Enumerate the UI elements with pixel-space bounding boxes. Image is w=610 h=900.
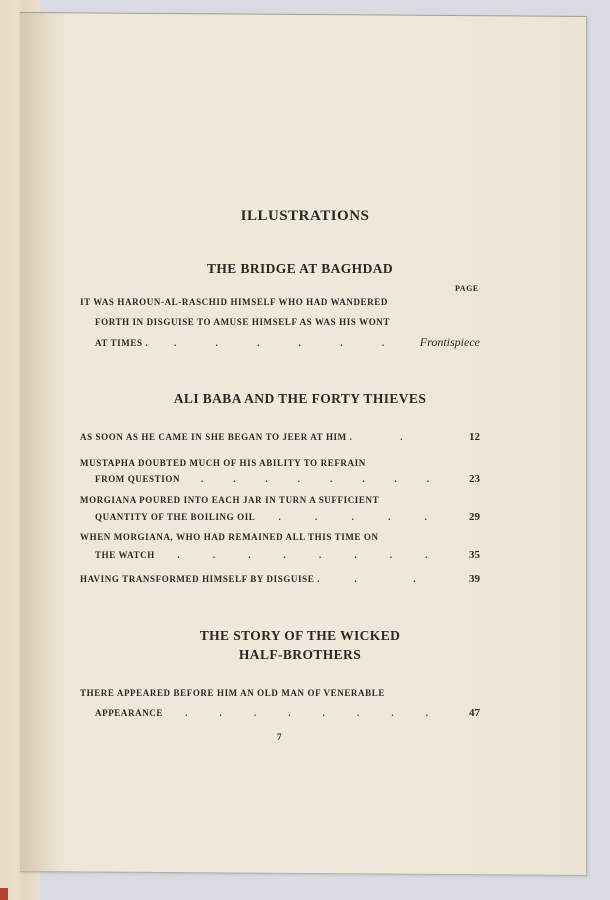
dot-leader: ........ <box>163 703 450 723</box>
illustration-entry: WHEN MORGIANA, WHO HAD REMAINED ALL THIS… <box>80 527 480 565</box>
section-title-line: HALF-BROTHERS <box>60 645 540 664</box>
illustration-entry: HAVING TRANSFORMED HIMSELF BY DISGUISE .… <box>80 569 480 589</box>
illustration-entry: MORGIANA POURED INTO EACH JAR IN TURN A … <box>80 492 480 526</box>
dot-leader: . <box>352 427 450 447</box>
page-content: ILLUSTRATIONS THE BRIDGE AT BAGHDAD PAGE… <box>0 0 610 900</box>
entry-text: AT TIMES . <box>95 333 148 353</box>
dot-leader: ..... <box>255 509 450 526</box>
page-number: 23 <box>450 469 480 489</box>
entry-text: QUANTITY OF THE BOILING OIL <box>95 509 255 526</box>
dot-leader: ........ <box>155 545 450 565</box>
dot-leader: .. <box>320 569 450 589</box>
section-title-wicked-half-brothers: THE STORY OF THE WICKED HALF-BROTHERS <box>60 626 540 664</box>
entry-text: MORGIANA POURED INTO EACH JAR IN TURN A … <box>80 492 379 509</box>
illustration-entry: AS SOON AS HE CAME IN SHE BEGAN TO JEER … <box>80 427 480 447</box>
illustration-entry: IT WAS HAROUN-AL-RASCHID HIMSELF WHO HAD… <box>80 292 480 353</box>
illustration-entry: MUSTAPHA DOUBTED MUCH OF HIS ABILITY TO … <box>80 453 480 489</box>
illustration-entry: THERE APPEARED BEFORE HIM AN OLD MAN OF … <box>80 683 480 723</box>
entry-text: AS SOON AS HE CAME IN SHE BEGAN TO JEER … <box>80 427 352 447</box>
page-number: 35 <box>450 545 480 565</box>
page-number: 29 <box>450 509 480 526</box>
entry-text: IT WAS HAROUN-AL-RASCHID HIMSELF WHO HAD… <box>80 292 388 312</box>
dot-leader: ........ <box>180 469 450 489</box>
page-number: 12 <box>450 427 480 447</box>
folio-page-number: 7 <box>277 732 282 742</box>
section-title-ali-baba: ALI BABA AND THE FORTY THIEVES <box>60 389 540 408</box>
entry-text: THERE APPEARED BEFORE HIM AN OLD MAN OF … <box>80 683 385 703</box>
entry-text: FROM QUESTION <box>95 469 180 489</box>
entry-text: HAVING TRANSFORMED HIMSELF BY DISGUISE . <box>80 569 320 589</box>
dot-leader: ...... <box>148 333 410 353</box>
entry-text: THE WATCH <box>95 545 155 565</box>
page-number: 47 <box>450 703 480 723</box>
entry-text: WHEN MORGIANA, WHO HAD REMAINED ALL THIS… <box>80 527 379 547</box>
page-heading: ILLUSTRATIONS <box>0 208 610 225</box>
page-number: Frontispiece <box>420 332 480 352</box>
entry-text: APPEARANCE <box>95 703 163 723</box>
section-title-bridge-at-baghdad: THE BRIDGE AT BAGHDAD <box>60 259 540 278</box>
section-title-line: THE STORY OF THE WICKED <box>60 626 540 645</box>
page-number: 39 <box>450 569 480 589</box>
entry-text: FORTH IN DISGUISE TO AMUSE HIMSELF AS WA… <box>95 312 390 332</box>
